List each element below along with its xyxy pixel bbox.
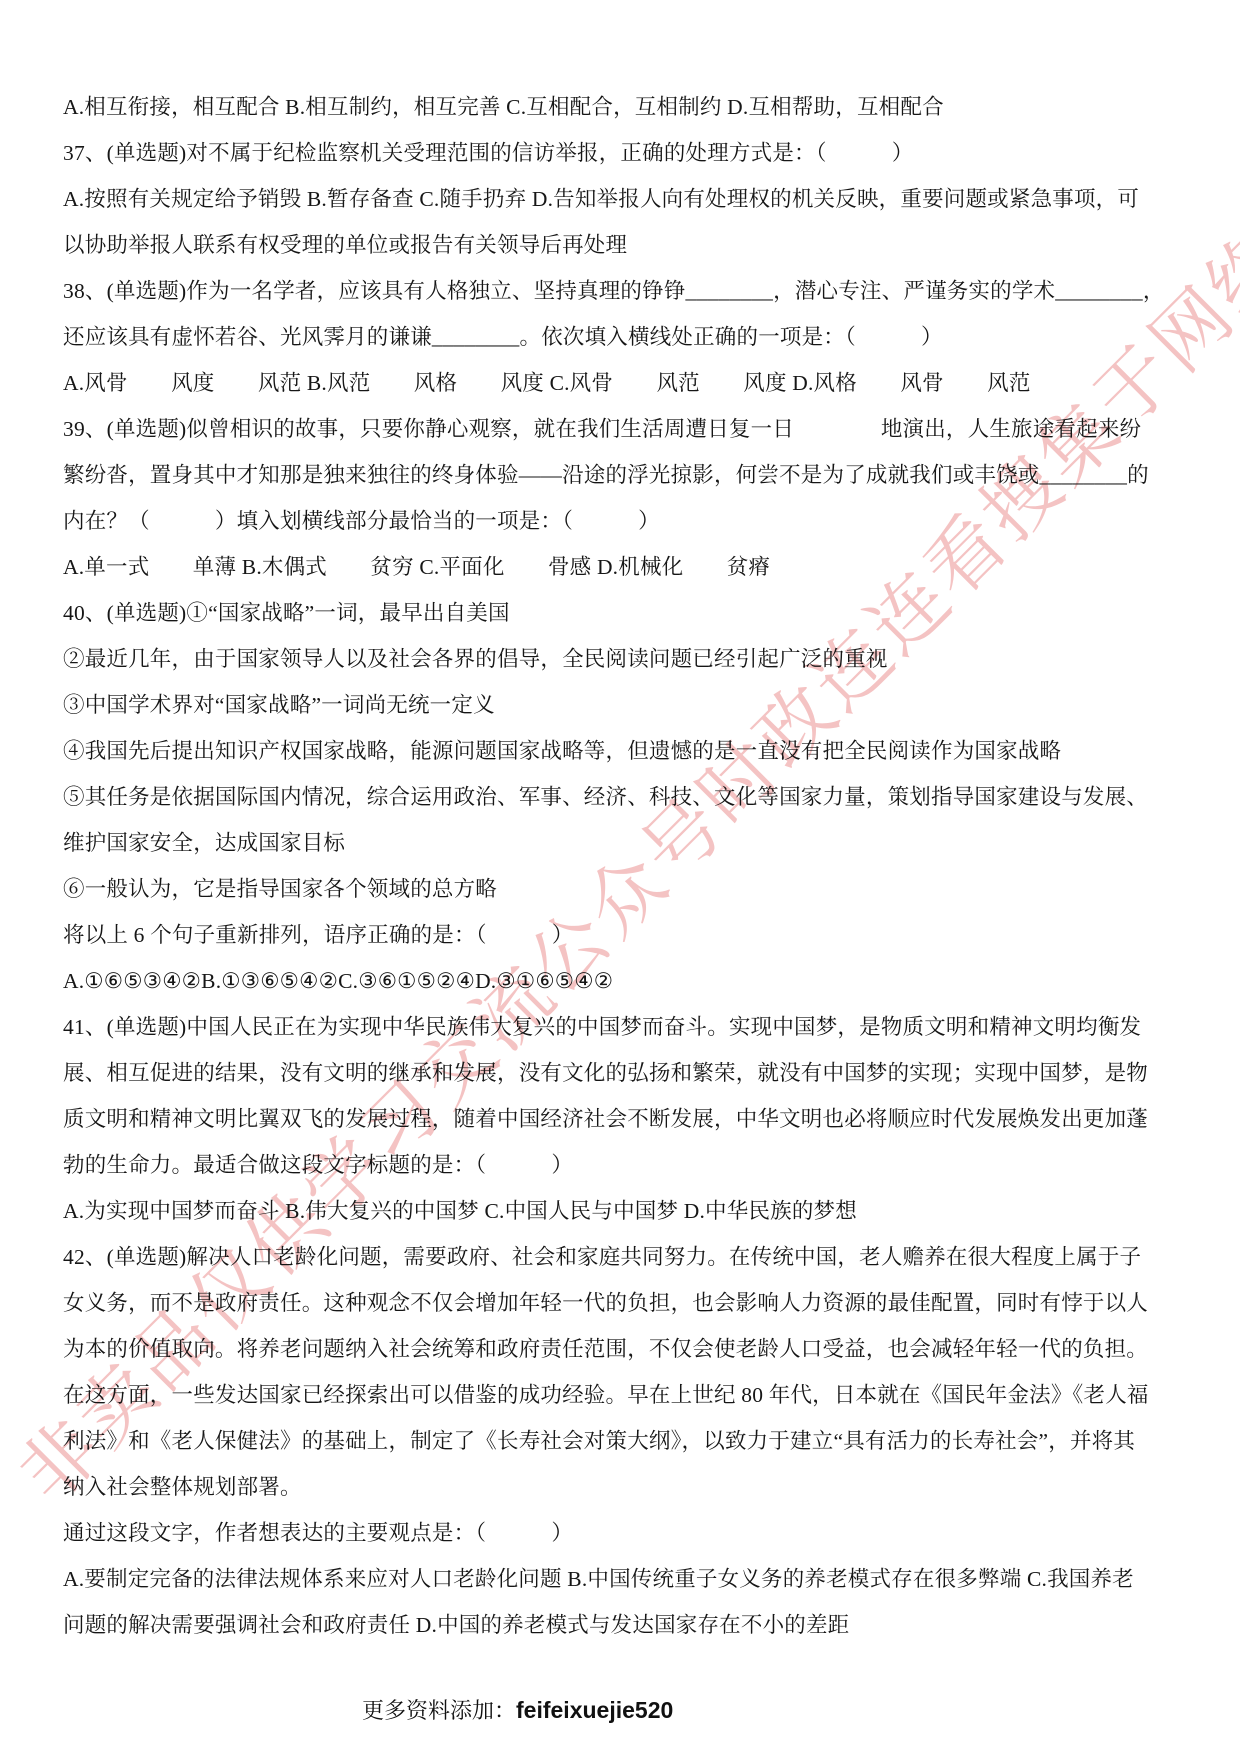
- text-line: 展、相互促进的结果，没有文明的继承和发展，没有文化的弘扬和繁荣，就没有中国梦的实…: [63, 1050, 1182, 1096]
- text-line: 通过这段文字，作者想表达的主要观点是：（ ）: [63, 1510, 1182, 1556]
- text-line: 40、(单选题)①“国家战略”一词，最早出自美国: [63, 590, 1182, 636]
- text-line: 繁纷沓，置身其中才知那是独来独往的终身体验——沿途的浮光掠影，何尝不是为了成就我…: [63, 452, 1182, 498]
- text-line: 问题的解决需要强调社会和政府责任 D.中国的养老模式与发达国家存在不小的差距: [63, 1602, 1182, 1648]
- text-line: 以协助举报人联系有权受理的单位或报告有关领导后再处理: [63, 222, 1182, 268]
- exam-document-page: 非卖品仅供学习交流公众号时政连连看搜集于网络 A.相互衔接，相互配合 B.相互制…: [0, 0, 1240, 1754]
- text-line: 在这方面，一些发达国家已经探索出可以借鉴的成功经验。早在上世纪 80 年代，日本…: [63, 1372, 1182, 1418]
- text-line: 纳入社会整体规划部署。: [63, 1464, 1182, 1510]
- text-line: 38、(单选题)作为一名学者，应该具有人格独立、坚持真理的铮铮________，…: [63, 268, 1182, 314]
- text-line: 42、(单选题)解决人口老龄化问题，需要政府、社会和家庭共同努力。在传统中国，老…: [63, 1234, 1182, 1280]
- footer: 更多资料添加：feifeixuejie520: [362, 1694, 673, 1725]
- text-line: 内在？（ ）填入划横线部分最恰当的一项是：（ ）: [63, 498, 1182, 544]
- text-line: 将以上 6 个句子重新排列，语序正确的是：（ ）: [63, 912, 1182, 958]
- text-line: ②最近几年，由于国家领导人以及社会各界的倡导，全民阅读问题已经引起广泛的重视: [63, 636, 1182, 682]
- text-line: 39、(单选题)似曾相识的故事，只要你静心观察，就在我们生活周遭日复一日 地演出…: [63, 406, 1182, 452]
- text-line: ⑥一般认为，它是指导国家各个领域的总方略: [63, 866, 1182, 912]
- text-line: 女义务，而不是政府责任。这种观念不仅会增加年轻一代的负担，也会影响人力资源的最佳…: [63, 1280, 1182, 1326]
- text-line: ⑤其任务是依据国际国内情况，综合运用政治、军事、经济、科技、文化等国家力量，策划…: [63, 774, 1182, 820]
- text-line: ③中国学术界对“国家战略”一词尚无统一定义: [63, 682, 1182, 728]
- text-line: 还应该具有虚怀若谷、光风霁月的谦谦________。依次填入横线处正确的一项是：…: [63, 314, 1182, 360]
- footer-contact-handle: feifeixuejie520: [516, 1697, 673, 1723]
- footer-label: 更多资料添加：: [362, 1698, 516, 1723]
- text-line: A.要制定完备的法律法规体系来应对人口老龄化问题 B.中国传统重子女义务的养老模…: [63, 1556, 1182, 1602]
- text-line: A.为实现中国梦而奋斗 B.伟大复兴的中国梦 C.中国人民与中国梦 D.中华民族…: [63, 1188, 1182, 1234]
- text-line: 质文明和精神文明比翼双飞的发展过程，随着中国经济社会不断发展，中华文明也必将顺应…: [63, 1096, 1182, 1142]
- text-line: A.相互衔接，相互配合 B.相互制约，相互完善 C.互相配合，互相制约 D.互相…: [63, 84, 1182, 130]
- text-line: 41、(单选题)中国人民正在为实现中华民族伟大复兴的中国梦而奋斗。实现中国梦，是…: [63, 1004, 1182, 1050]
- text-line: 利法》和《老人保健法》的基础上，制定了《长寿社会对策大纲》，以致力于建立“具有活…: [63, 1418, 1182, 1464]
- text-line: A.①⑥⑤③④②B.①③⑥⑤④②C.③⑥①⑤②④D.③①⑥⑤④②: [63, 958, 1182, 1004]
- text-line: 37、(单选题)对不属于纪检监察机关受理范围的信访举报，正确的处理方式是：（ ）: [63, 130, 1182, 176]
- text-line: A.按照有关规定给予销毁 B.暂存备查 C.随手扔弃 D.告知举报人向有处理权的…: [63, 176, 1182, 222]
- text-line: ④我国先后提出知识产权国家战略，能源问题国家战略等，但遗憾的是一直没有把全民阅读…: [63, 728, 1182, 774]
- text-line: 勃的生命力。最适合做这段文字标题的是：（ ）: [63, 1142, 1182, 1188]
- document-body: A.相互衔接，相互配合 B.相互制约，相互完善 C.互相配合，互相制约 D.互相…: [63, 84, 1182, 1648]
- text-line: A.单一式 单薄 B.木偶式 贫穷 C.平面化 骨感 D.机械化 贫瘠: [63, 544, 1182, 590]
- text-line: A.风骨 风度 风范 B.风范 风格 风度 C.风骨 风范 风度 D.风格 风骨…: [63, 360, 1182, 406]
- text-line: 为本的价值取向。将养老问题纳入社会统筹和政府责任范围，不仅会使老龄人口受益，也会…: [63, 1326, 1182, 1372]
- text-line: 维护国家安全，达成国家目标: [63, 820, 1182, 866]
